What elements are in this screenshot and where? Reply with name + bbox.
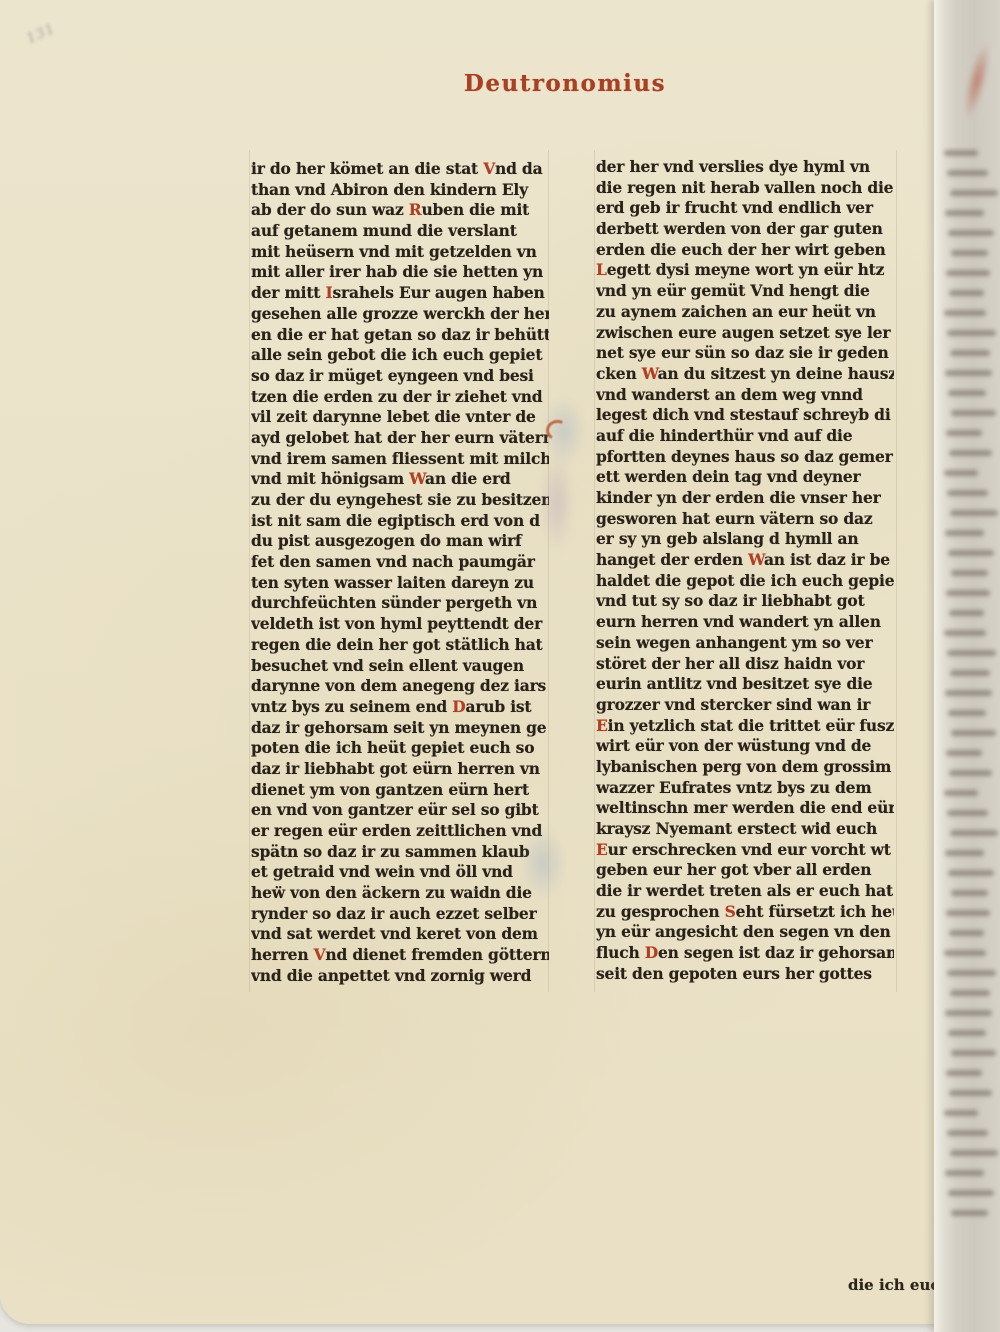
text-line: vnd tut sy so daz ir liebhabt got [596,591,894,612]
blurred-text-line [950,830,998,836]
blurred-text-line [946,590,990,596]
blurred-text-line [948,550,994,556]
text-line: vil zeit darynne lebet die vnter de [251,407,549,428]
blurred-text-line [947,810,988,816]
text-line: lybanischen perg von dem grossim [596,757,894,778]
text-line: rynder so daz ir auch ezzet selber [251,904,549,925]
text-line: vnd yn eür gemüt Vnd hengt die [596,281,894,302]
text-line: vntz bys zu seinem end Darub ist [251,697,549,718]
rubricated-letter: D [452,697,465,716]
text-line: störet der her all disz haidn vor [596,654,894,675]
text-line: du pist ausgezogen do man wirf [251,531,549,552]
text-line: sein wegen anhangent ym so ver [596,633,894,654]
blurred-text-line [948,230,994,236]
text-line: vnd die anpettet vnd zornig werd [251,966,549,987]
text-line: tzen die erden zu der ir ziehet vnd [251,387,549,408]
text-line: dienet ym von gantzen eürn hert [251,780,549,801]
text-line: yn eür angesicht den segen vn den [596,922,894,943]
blurred-text-line [950,350,990,356]
rubricated-letter: W [748,550,764,569]
text-line: hanget der erden Wan ist daz ir be [596,550,894,571]
next-folio-rubric-smudge [959,41,995,121]
text-column-left: ir do her kömet an die stat Vnd dathan v… [251,159,549,987]
blurred-text-line [951,570,988,576]
text-line: auf getanem mund die verslant [251,221,549,242]
blurred-text-line [951,890,988,896]
text-line: zu gesprochen Seht fürsetzt ich heüt [596,902,894,923]
text-line: gesehen alle grozze werckh der herr [251,304,549,325]
text-line: ett werden dein tag vnd deyner [596,467,894,488]
text-line: kinder yn der erden die vnser her [596,488,894,509]
text-line: er regen eür erden zeittlichen vnd [251,821,549,842]
blurred-text-line [944,950,986,956]
blurred-text-line [951,1050,996,1056]
rubricated-letter: S [725,902,736,921]
text-line: erd geb ir frucht vnd endlich ver [596,198,894,219]
rubricated-letter: E [596,840,608,859]
blurred-text-line [948,710,986,716]
blurred-text-line [950,510,998,516]
rubricated-letter: V [314,945,326,964]
text-line: erden die euch der her wirt geben [596,240,894,261]
blurred-text-line [944,150,978,156]
text-line: zu der du eyngehest sie zu besitzen [251,490,549,511]
blurred-text-line [948,390,986,396]
blurred-text-line [949,770,992,776]
text-line: ayd gelobet hat der her eurn vätern [251,428,549,449]
blurred-text-line [948,870,994,876]
text-line: ten syten wasser laiten dareyn zu [251,573,549,594]
text-line: geben eur her got vber all erden [596,860,894,881]
pencil-folio-mark: 131 [25,20,57,48]
text-line: pfortten deynes haus so daz gemer [596,447,894,468]
text-line: grozzer vnd stercker sind wan ir [596,695,894,716]
blurred-text-line [948,1190,994,1196]
blurred-text-line [948,1030,986,1036]
text-line: weltinschn mer werden die end eür [596,798,894,819]
blurred-text-line [944,1110,978,1116]
text-line: eurn herren vnd wandert yn allen [596,612,894,633]
text-line: besuchet vnd sein ellent vaugen [251,656,549,677]
blurred-text-line [949,450,992,456]
column-ruling-line [594,150,595,992]
blurred-text-line [944,630,986,636]
running-title: Deutronomius [65,70,1000,97]
text-line: haldet die gepot die ich euch gepiet [596,571,894,592]
text-line: Ein yetzlich stat die trittet eür fusz [596,716,894,737]
rubricated-letter: R [409,200,422,219]
blurred-text-line [950,670,990,676]
text-line: daz ir gehorsam seit yn meynen ge [251,718,549,739]
rubricated-letter: D [645,943,658,962]
blurred-text-line [947,650,996,656]
text-line: derbett werden von der gar guten [596,219,894,240]
rubricated-letter: L [596,260,607,279]
blurred-text-line [949,1090,992,1096]
blurred-text-line [951,730,996,736]
blurred-text-line [951,410,996,416]
blurred-text-line [946,750,982,756]
text-line: veldeth ist von hyml peyttendt der [251,614,549,635]
blurred-text-line [945,370,992,376]
blurred-text-line [950,190,998,196]
text-line: vnd sat werdet vnd keret von dem [251,924,549,945]
text-line: regen die dein her got stätlich hat [251,635,549,656]
text-line: ab der do sun waz Ruben die mit [251,200,549,221]
text-line: der mitt Israhels Eur augen haben [251,283,549,304]
text-line: et getraid vnd wein vnd öll vnd [251,862,549,883]
blurred-text-line [945,530,984,536]
text-line: kraysz Nyemant erstect wid euch [596,819,894,840]
text-line: vnd mit hönigsam Wan die erd [251,469,549,490]
blurred-text-line [944,790,978,796]
blurred-text-line [944,470,978,476]
text-line: en die er hat getan so daz ir behüttet [251,325,549,346]
text-line: daz ir liebhabt got eürn herren vn [251,759,549,780]
blurred-text-line [945,1010,992,1016]
text-line: der her vnd verslies dye hyml vn [596,157,894,178]
blurred-text-line [951,250,988,256]
text-line: er sy yn geb alslang d hymll an [596,529,894,550]
blurred-text-line [949,290,984,296]
scan-backdrop: 131 Deutronomius ir do her kömet an die … [0,0,1000,1332]
text-line: cken Wan du sitzest yn deine hausz [596,364,894,385]
text-line: en vnd von gantzer eür sel so gibt [251,800,549,821]
blurred-text-line [947,1130,988,1136]
rubricated-letter: V [483,159,495,178]
text-line: so daz ir müget eyngeen vnd besi [251,366,549,387]
text-line: spätn so daz ir zu sammen klaub [251,842,549,863]
text-line: Eur erschrecken vnd eur vorcht wt [596,840,894,861]
blurred-text-line [947,970,996,976]
column-ruling-line [896,150,897,992]
blurred-text-line [945,850,984,856]
text-line: darynne von dem anegeng dez iars [251,676,549,697]
text-line: mit aller irer hab die sie hetten yn [251,262,549,283]
blurred-text-line [946,270,990,276]
blurred-text-line [951,1210,988,1216]
text-line: vnd irem samen fliessent mit milch [251,449,549,470]
text-line: die ir werdet treten als er euch hat [596,881,894,902]
text-line: legest dich vnd stestauf schreyb di [596,405,894,426]
blurred-text-line [950,990,990,996]
blurred-text-line [949,930,984,936]
text-line: die regen nit herab vallen noch die [596,178,894,199]
text-line: heẅ von den äckern zu waidn die [251,883,549,904]
text-line: herren Vnd dienet fremden göttern [251,945,549,966]
text-line: zwischen eure augen setzet sye ler [596,323,894,344]
text-line: eurin antlitz vnd besitzet sye die [596,674,894,695]
blurred-text-line [945,1170,984,1176]
text-line: net sye eur sün so daz sie ir geden [596,343,894,364]
text-column-right: der her vnd verslies dye hyml vndie rege… [596,157,894,985]
text-line: auf die hinderthür vnd auf die [596,426,894,447]
blurred-text-line [947,490,988,496]
text-line: ist nit sam die egiptisch erd von d [251,511,549,532]
blurred-text-line [946,1070,982,1076]
text-line: wirt eür von der wüstung vnd de [596,736,894,757]
text-line: fet den samen vnd nach paumgär [251,552,549,573]
blurred-text-line [950,1150,998,1156]
text-line: zu aynem zaichen an eur heüt vn [596,302,894,323]
blurred-text-line [947,330,996,336]
rubricated-letter: W [409,469,425,488]
blurred-text-line [945,690,992,696]
blurred-text-line [946,910,990,916]
manuscript-page: 131 Deutronomius ir do her kömet an die … [0,0,994,1324]
text-line: than vnd Abiron den kindern Ely [251,180,549,201]
blurred-text-line [949,610,984,616]
rubricated-letter: E [596,716,608,735]
text-line: vnd wanderst an dem weg vnnd [596,385,894,406]
rubricated-letter: W [642,364,658,383]
text-line: ir do her kömet an die stat Vnd da [251,159,549,180]
next-folio-edge [934,0,1000,1332]
text-line: alle sein gebot die ich euch gepiet [251,345,549,366]
text-line: Legett dysi meyne wort yn eür htz [596,260,894,281]
blurred-text-line [944,310,986,316]
text-line: wazzer Eufrates vntz bys zu dem [596,778,894,799]
text-line: gesworen hat eurn vätern so daz [596,509,894,530]
text-line: mit heüsern vnd mit getzelden vn [251,242,549,263]
text-line: fluch Den segen ist daz ir gehorsam [596,943,894,964]
next-folio-blurred-text [944,150,992,1230]
blurred-text-line [946,430,982,436]
blurred-text-line [945,210,984,216]
text-line: poten die ich heüt gepiet euch so [251,738,549,759]
column-ruling-line [249,150,250,992]
rubricated-letter: I [325,283,332,302]
text-line: durchfeüchten sünder pergeth vn [251,593,549,614]
blurred-text-line [947,170,988,176]
text-line: seit den gepoten eurs her gottes [596,964,894,985]
